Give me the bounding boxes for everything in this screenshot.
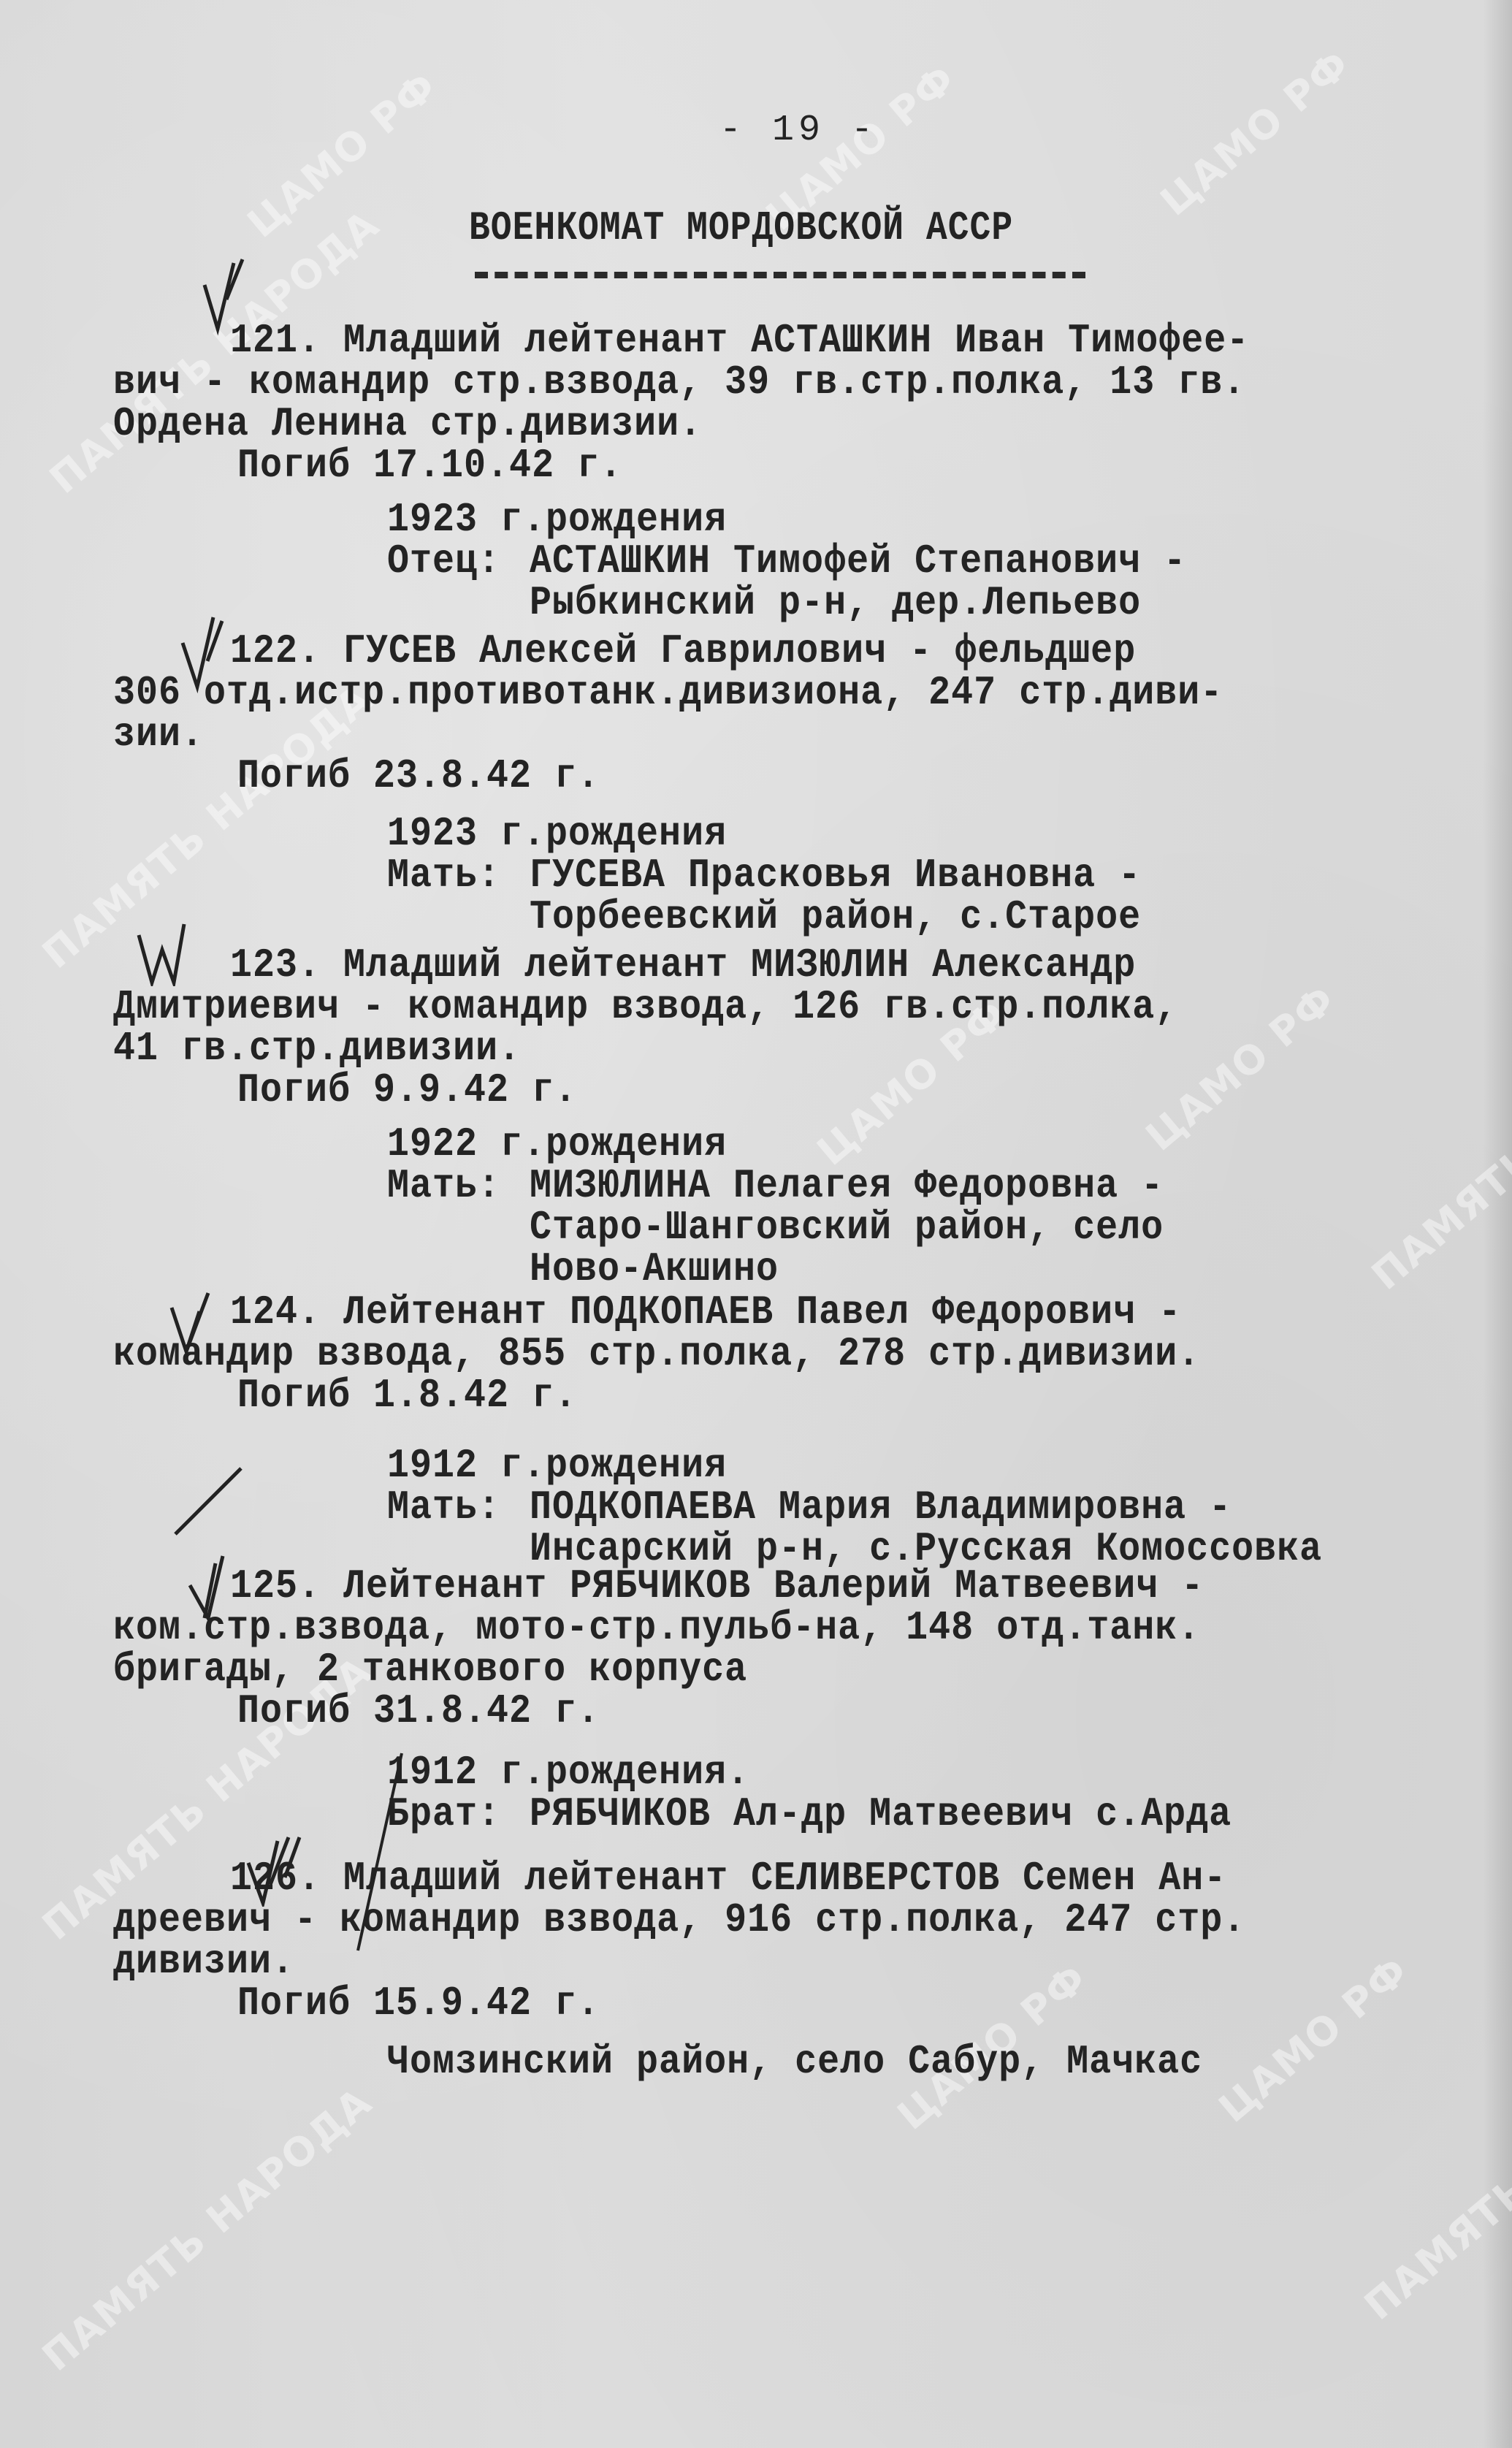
watermark-camo: ЦАМО РФ [239, 62, 446, 246]
check-mark-icon [131, 913, 197, 986]
death-date: Погиб 31.8.42 г. [237, 1688, 600, 1735]
entry-heading: 123. Младший лейтенант МИЗЮЛИН Александр [230, 942, 1136, 989]
relative-label: Мать: [387, 1484, 500, 1531]
watermark-pamyat: ПАМЯТЬ НАРОДА [34, 676, 381, 977]
entry-heading: 121. Младший лейтенант АСТАШКИН Иван Тим… [230, 318, 1249, 365]
entry-heading: 125. Лейтенант РЯБЧИКОВ Валерий Матвееви… [230, 1563, 1204, 1610]
relative-name: АСТАШКИН Тимофей Степанович - [530, 538, 1186, 585]
relative-address: Торбеевский район, с.Старое [530, 894, 1141, 941]
entry-line: вич - командир стр.взвода, 39 гв.стр.пол… [113, 359, 1245, 406]
death-date: Погиб 1.8.42 г. [237, 1373, 577, 1419]
entry-heading: 126. Младший лейтенант СЕЛИВЕРСТОВ Семен… [230, 1856, 1226, 1902]
death-date: Погиб 23.8.42 г. [237, 753, 600, 800]
entry-heading: 122. ГУСЕВ Алексей Гаврилович - фельдшер [230, 628, 1136, 675]
relative-name: РЯБЧИКОВ Ал-др Матвеевич с.Арда [530, 1791, 1232, 1838]
relative-label: Мать: [387, 1163, 500, 1210]
entry-line: командир взвода, 855 стр.полка, 278 стр.… [113, 1331, 1200, 1378]
relative-name: МИЗЮЛИНА Пелагея Федоровна - [530, 1163, 1164, 1210]
entry-line: ком.стр.взвода, мото-стр.пульб-на, 148 о… [113, 1605, 1200, 1652]
relative-label: Мать: [387, 853, 500, 899]
watermark-pamyat: ПАМЯТЬ НАРОДА [34, 2078, 381, 2380]
entry-line: дивизии. [113, 1939, 294, 1986]
relative-label: Отец: [387, 538, 500, 585]
entry-line: Дмитриевич - командир взвода, 126 гв.стр… [113, 984, 1177, 1031]
relative-address: Рыбкинский р-н, дер.Лепьево [530, 580, 1141, 627]
entry-line: дреевич - командир взвода, 916 стр.полка… [113, 1897, 1245, 1944]
entry-heading: 124. Лейтенант ПОДКОПАЕВ Павел Федорович… [230, 1289, 1181, 1336]
birth-year: 1912 г.рождения [387, 1443, 727, 1490]
birth-year: 1923 г.рождения [387, 497, 727, 544]
slash-mark-icon [168, 1461, 256, 1541]
death-date: Погиб 9.9.42 г. [237, 1067, 577, 1114]
entry-line: 306 отд.истр.противотанк.дивизиона, 247 … [113, 670, 1223, 717]
birth-year: 1922 г.рождения [387, 1121, 727, 1168]
relative-name: ПОДКОПАЕВА Мария Владимировна - [530, 1484, 1232, 1531]
death-date: Погиб 15.9.42 г. [237, 1980, 600, 2027]
relative-address: Ново-Акшино [530, 1246, 779, 1293]
title-underline [475, 272, 1085, 278]
relative-label: Брат: [387, 1791, 500, 1838]
page-number: - 19 - [719, 110, 877, 151]
entry-line: бригады, 2 танкового корпуса [113, 1647, 747, 1693]
death-date: Погиб 17.10.42 г. [237, 443, 622, 489]
entry-line: зии. [113, 712, 204, 758]
relative-name: ГУСЕВА Прасковья Ивановна - [530, 853, 1141, 899]
paper-edge-shadow [1483, 0, 1512, 2448]
entry-line: 41 гв.стр.дивизии. [113, 1026, 521, 1072]
relative-address: Старо-Шанговский район, село [530, 1205, 1164, 1251]
entry-line: Ордена Ленина стр.дивизии. [113, 401, 702, 448]
watermark-camo: ЦАМО РФ [1210, 1947, 1418, 2131]
relative-address: Чомзинский район, село Сабур, Мачкас [387, 2039, 1202, 2086]
birth-year: 1912 г.рождения. [387, 1750, 749, 1796]
page-title: ВОЕНКОМАТ МОРДОВСКОЙ АССР [469, 206, 1013, 251]
watermark-camo: ЦАМО РФ [1152, 40, 1359, 224]
birth-year: 1923 г.рождения [387, 811, 727, 858]
